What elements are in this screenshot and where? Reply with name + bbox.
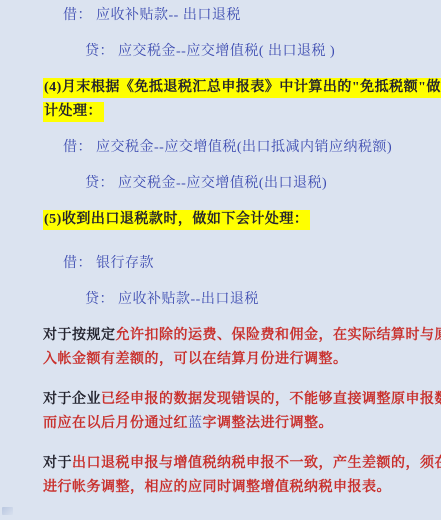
block-paragraph: 对于出口退税申报与增值税纳税申报不一致，产生差额的，须在下期进行帐务调整，相应的… — [43, 452, 427, 500]
text-segment: 出口退税申报与增值税纳税申报不一致，产生差额的，须在下期 — [72, 456, 441, 471]
text-line: (5)收到出口退税款时，做如下会计处理： — [43, 208, 427, 232]
text-segment: (4)月末根据《免抵退税汇总申报表》中计算出的"免抵税额"做如下会 — [43, 78, 441, 98]
block-entry: 贷： 应交税金--应交增值税( 出口退税 ) — [85, 40, 427, 64]
text-line: 对于按规定允许扣除的运费、保险费和佣金，在实际结算时与原预估 — [43, 324, 427, 348]
text-line: 借： 应交税金--应交增值税(出口抵减内销应纳税额) — [63, 136, 427, 160]
text-segment: 对于企业 — [43, 392, 101, 407]
block-entry: 借： 应交税金--应交增值税(出口抵减内销应纳税额) — [63, 136, 427, 160]
text-line: 借： 应收补贴款-- 出口退税 — [63, 4, 427, 28]
text-line: 入帐金额有差额的，可以在结算月份进行调整。 — [43, 348, 427, 372]
text-segment: 入帐金额有差额的，可以在结算月份进行调整。 — [43, 352, 348, 367]
block-paragraph: 对于企业已经申报的数据发现错误的，不能够直接调整原申报数据，而应在以后月份通过红… — [43, 388, 427, 436]
text-segment: (5)收到出口退税款时，做如下会计处理： — [43, 210, 310, 230]
block-entry: 借： 应收补贴款-- 出口退税 — [63, 4, 427, 28]
text-line: 对于出口退税申报与增值税纳税申报不一致，产生差额的，须在下期 — [43, 452, 427, 476]
text-line: 贷： 应交税金--应交增值税( 出口退税 ) — [85, 40, 427, 64]
text-segment: 借： 应交税金--应交增值税(出口抵减内销应纳税额) — [63, 140, 392, 155]
text-segment: 计处理： — [43, 102, 104, 122]
block-entry: 借： 银行存款 — [63, 252, 427, 276]
text-segment: 字调整法进行调整。 — [203, 416, 334, 431]
text-line: 进行帐务调整，相应的应同时调整增值税纳税申报表。 — [43, 476, 427, 500]
text-segment: 贷： 应交税金--应交增值税(出口退税) — [85, 176, 327, 191]
text-segment: 蓝 — [188, 416, 203, 431]
text-segment: 借： 应收补贴款-- 出口退税 — [63, 8, 241, 23]
text-segment: 借： 银行存款 — [63, 256, 154, 271]
text-line: 而应在以后月份通过红蓝字调整法进行调整。 — [43, 412, 427, 436]
block-heading: (5)收到出口退税款时，做如下会计处理： — [43, 208, 427, 232]
block-heading: (4)月末根据《免抵退税汇总申报表》中计算出的"免抵税额"做如下会计处理： — [43, 76, 427, 124]
text-segment: 而应在以后月份通过红 — [43, 416, 188, 431]
block-paragraph: 对于按规定允许扣除的运费、保险费和佣金，在实际结算时与原预估入帐金额有差额的，可… — [43, 324, 427, 372]
block-entry: 贷： 应交税金--应交增值税(出口退税) — [85, 172, 427, 196]
text-segment: 贷： 应收补贴款--出口退税 — [85, 292, 259, 307]
corner-smudge-artifact — [2, 507, 13, 515]
text-segment: 对于 — [43, 456, 72, 471]
text-line: 对于企业已经申报的数据发现错误的，不能够直接调整原申报数据， — [43, 388, 427, 412]
text-segment: 进行帐务调整，相应的应同时调整增值税纳税申报表。 — [43, 480, 391, 495]
text-segment: 贷： 应交税金--应交增值税( 出口退税 ) — [85, 44, 335, 59]
text-line: (4)月末根据《免抵退税汇总申报表》中计算出的"免抵税额"做如下会 — [43, 76, 427, 100]
text-segment: 允许扣除的运费、保险费和佣金，在实际结算时与原预估 — [116, 328, 441, 343]
text-line: 借： 银行存款 — [63, 252, 427, 276]
text-segment: 已经申报的数据发现错误的，不能够直接调整原申报数据， — [101, 392, 441, 407]
document-body: 借： 应收补贴款-- 出口退税贷： 应交税金--应交增值税( 出口退税 )(4)… — [0, 0, 441, 500]
text-segment: 对于按规定 — [43, 328, 116, 343]
block-entry: 贷： 应收补贴款--出口退税 — [85, 288, 427, 312]
text-line: 计处理： — [43, 100, 427, 124]
text-line: 贷： 应交税金--应交增值税(出口退税) — [85, 172, 427, 196]
text-line: 贷： 应收补贴款--出口退税 — [85, 288, 427, 312]
